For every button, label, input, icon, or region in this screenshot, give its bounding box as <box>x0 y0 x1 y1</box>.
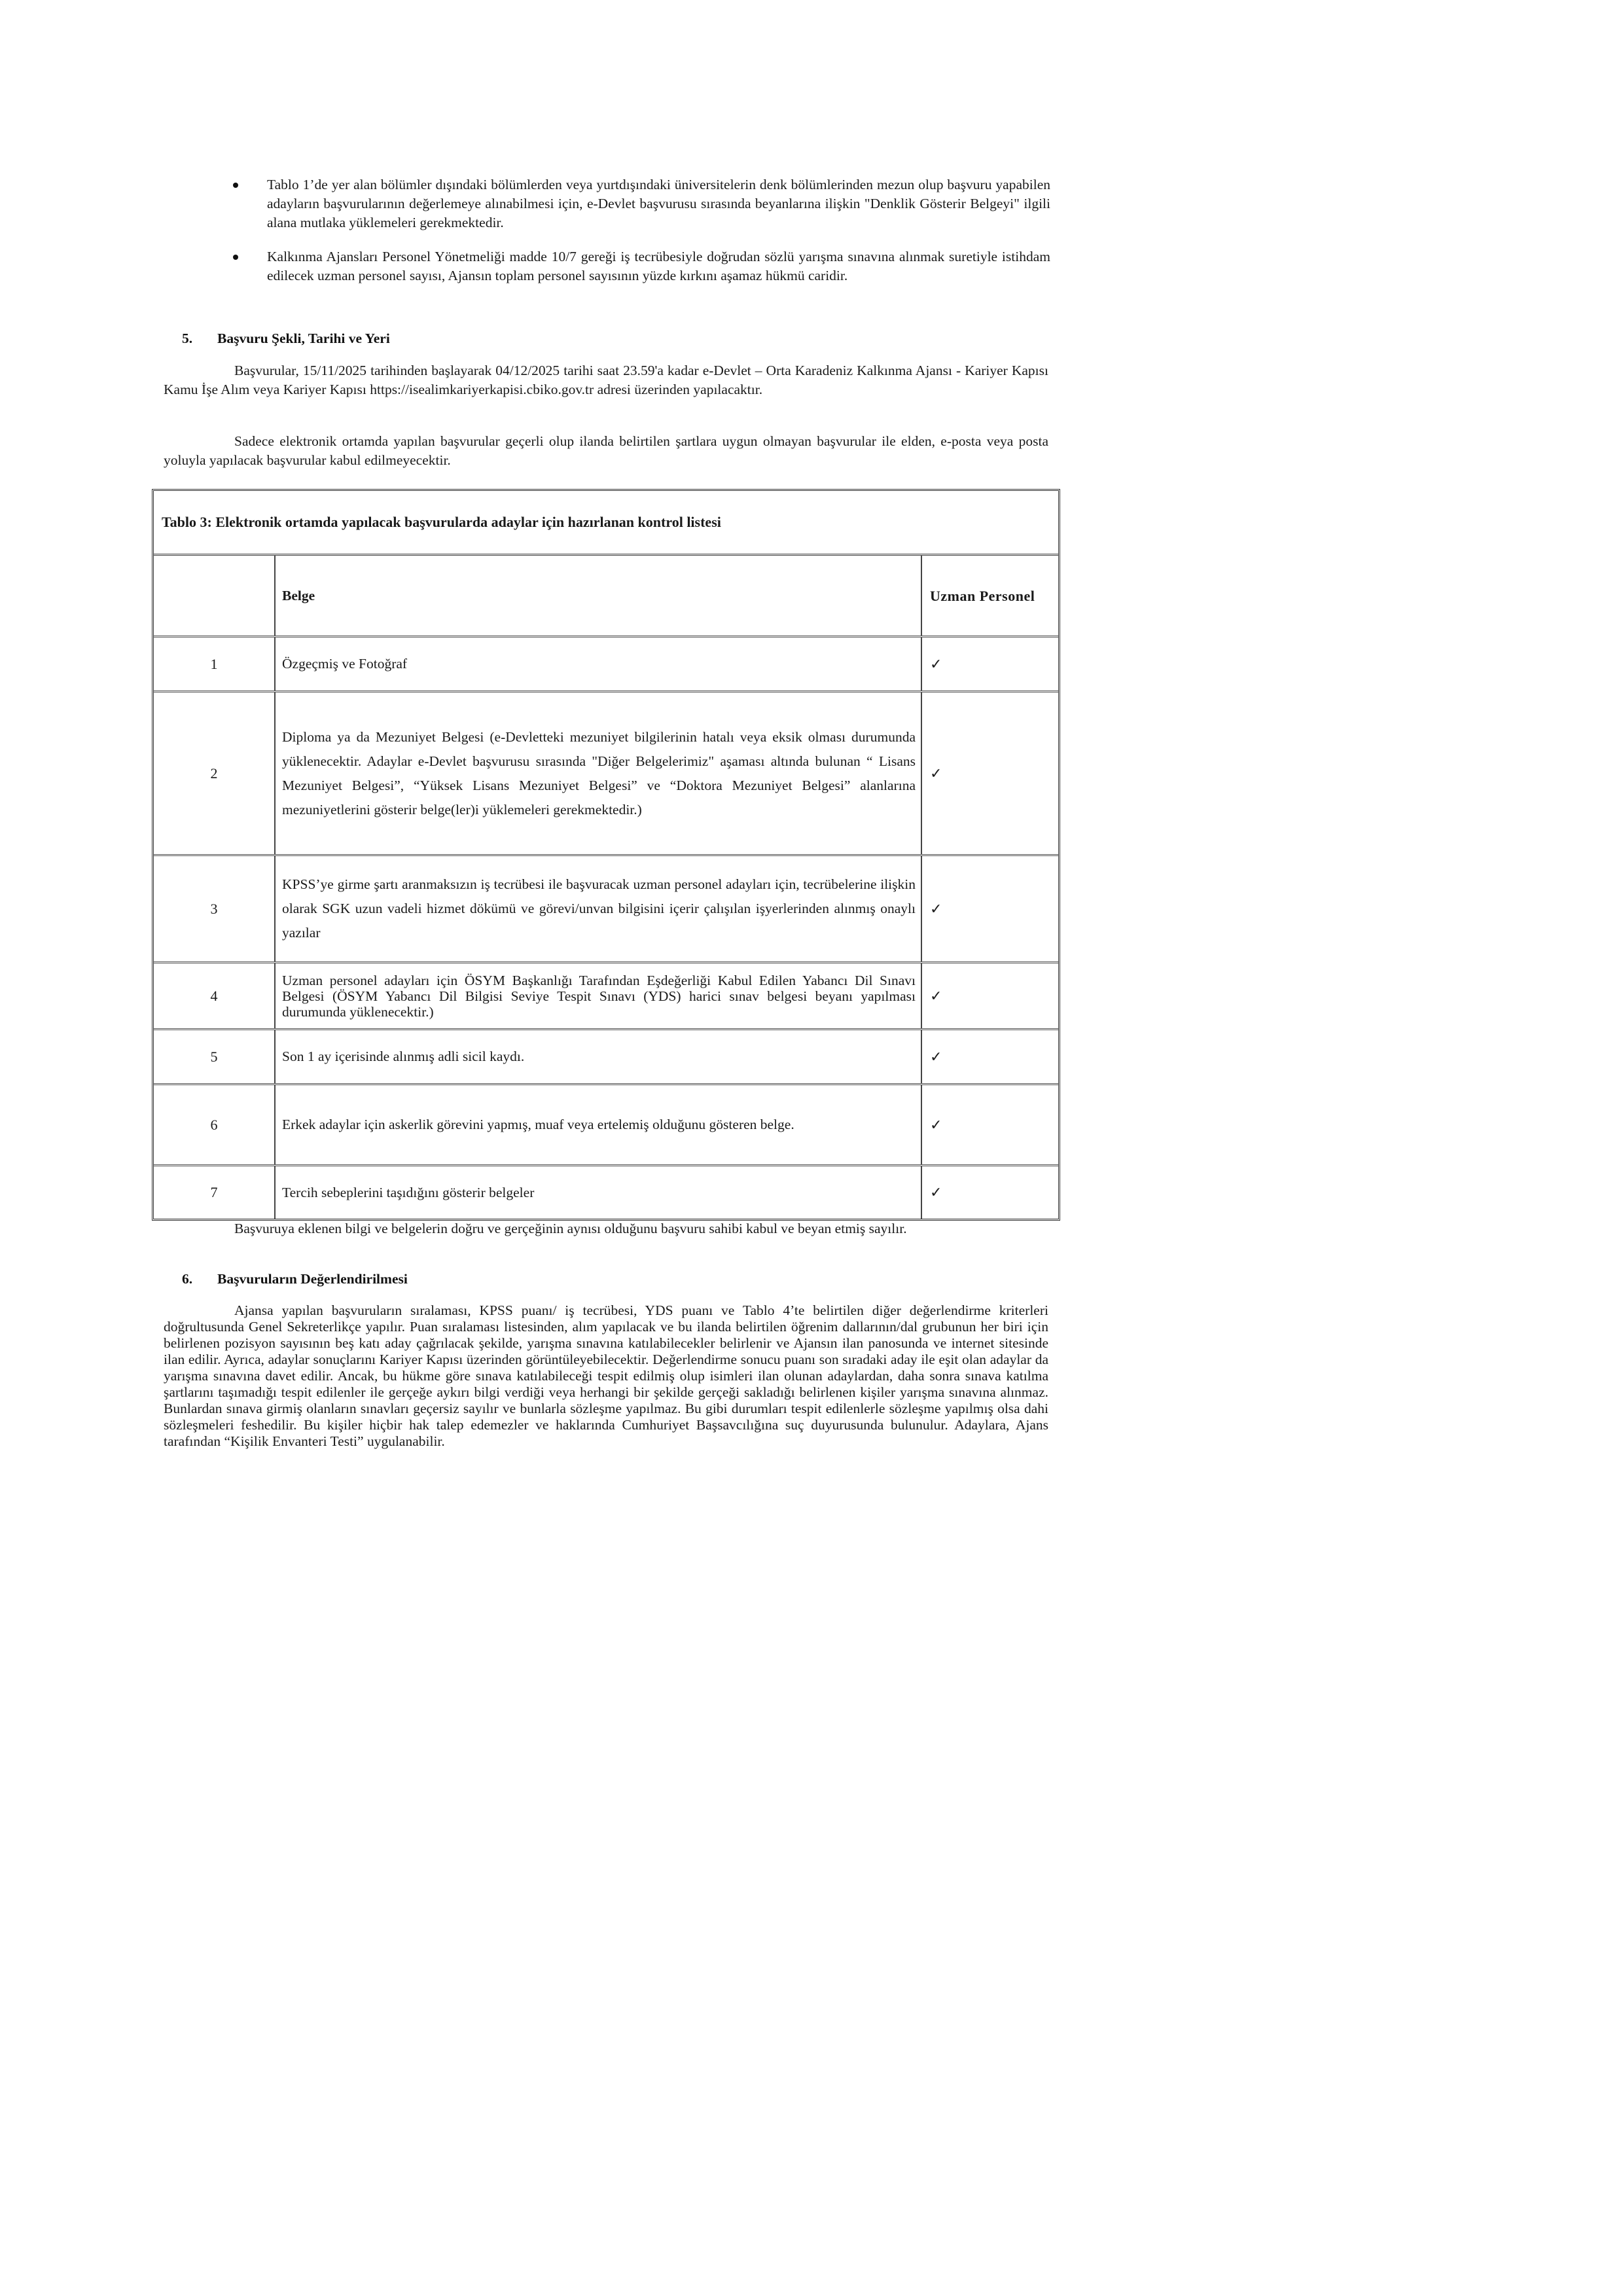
check-icon: ✓ <box>922 637 1058 691</box>
row-number: 4 <box>154 963 276 1028</box>
section-6-paragraph: Ajansa yapılan başvuruların sıralaması, … <box>164 1302 1048 1450</box>
check-icon: ✓ <box>922 856 1058 961</box>
table-row: 6 Erkek adaylar için askerlik görevini y… <box>154 1085 1058 1166</box>
header-no <box>154 556 276 636</box>
bullet-icon <box>233 255 238 260</box>
row-number: 2 <box>154 692 276 854</box>
check-icon: ✓ <box>922 692 1058 854</box>
row-number: 7 <box>154 1166 276 1219</box>
row-document: Diploma ya da Mezuniyet Belgesi (e-Devle… <box>276 692 922 854</box>
row-document: Özgeçmiş ve Fotoğraf <box>276 637 922 691</box>
table-header-row: Belge Uzman Personel <box>154 556 1058 637</box>
section-5-paragraph-dates: Başvurular, 15/11/2025 tarihinden başlay… <box>164 361 1048 399</box>
bullet-item-equivalence: Tablo 1’de yer alan bölümler dışındaki b… <box>223 175 1050 232</box>
row-document: Son 1 ay içerisinde alınmış adli sicil k… <box>276 1030 922 1083</box>
section-5-paragraph-electronic-only: Sadece elektronik ortamda yapılan başvur… <box>164 432 1048 470</box>
bullet-item-staff-ratio: Kalkınma Ajansları Personel Yönetmeliği … <box>223 247 1050 285</box>
header-uzman-personel: Uzman Personel <box>922 556 1058 636</box>
section-number: 5. <box>182 331 217 347</box>
table-row: 4 Uzman personel adayları için ÖSYM Başk… <box>154 963 1058 1030</box>
document-page: Tablo 1’de yer alan bölümler dışındaki b… <box>0 0 1623 2296</box>
row-number: 5 <box>154 1030 276 1083</box>
requirements-bullet-list: Tablo 1’de yer alan bölümler dışındaki b… <box>223 175 1050 300</box>
declaration-paragraph: Başvuruya eklenen bilgi ve belgelerin do… <box>164 1219 1048 1239</box>
row-document: Uzman personel adayları için ÖSYM Başkan… <box>276 963 922 1028</box>
check-icon: ✓ <box>922 1085 1058 1164</box>
table-row: 5 Son 1 ay içerisinde alınmış adli sicil… <box>154 1030 1058 1085</box>
check-icon: ✓ <box>922 1030 1058 1083</box>
row-number: 1 <box>154 637 276 691</box>
section-6-heading: 6.Başvuruların Değerlendirilmesi <box>182 1271 408 1287</box>
section-title: Başvuruların Değerlendirilmesi <box>217 1271 408 1287</box>
table-caption: Tablo 3: Elektronik ortamda yapılacak ba… <box>154 491 1058 556</box>
table-row: 3 KPSS’ye girme şartı aranmaksızın iş te… <box>154 856 1058 963</box>
row-document: Erkek adaylar için askerlik görevini yap… <box>276 1085 922 1164</box>
section-5-heading: 5.Başvuru Şekli, Tarihi ve Yeri <box>182 331 390 347</box>
bullet-icon <box>233 183 238 188</box>
table-row: 1 Özgeçmiş ve Fotoğraf ✓ <box>154 637 1058 692</box>
bullet-text: Kalkınma Ajansları Personel Yönetmeliği … <box>267 249 1050 283</box>
check-icon: ✓ <box>922 1166 1058 1219</box>
table-row: 7 Tercih sebeplerini taşıdığını gösterir… <box>154 1166 1058 1219</box>
section-title: Başvuru Şekli, Tarihi ve Yeri <box>217 331 390 346</box>
bullet-text: Tablo 1’de yer alan bölümler dışındaki b… <box>267 177 1050 230</box>
row-number: 3 <box>154 856 276 961</box>
header-document: Belge <box>276 556 922 636</box>
checklist-table: Tablo 3: Elektronik ortamda yapılacak ba… <box>152 489 1060 1221</box>
check-icon: ✓ <box>922 963 1058 1028</box>
row-document: KPSS’ye girme şartı aranmaksızın iş tecr… <box>276 856 922 961</box>
table-row: 2 Diploma ya da Mezuniyet Belgesi (e-Dev… <box>154 692 1058 856</box>
row-document: Tercih sebeplerini taşıdığını gösterir b… <box>276 1166 922 1219</box>
row-number: 6 <box>154 1085 276 1164</box>
section-number: 6. <box>182 1271 217 1287</box>
